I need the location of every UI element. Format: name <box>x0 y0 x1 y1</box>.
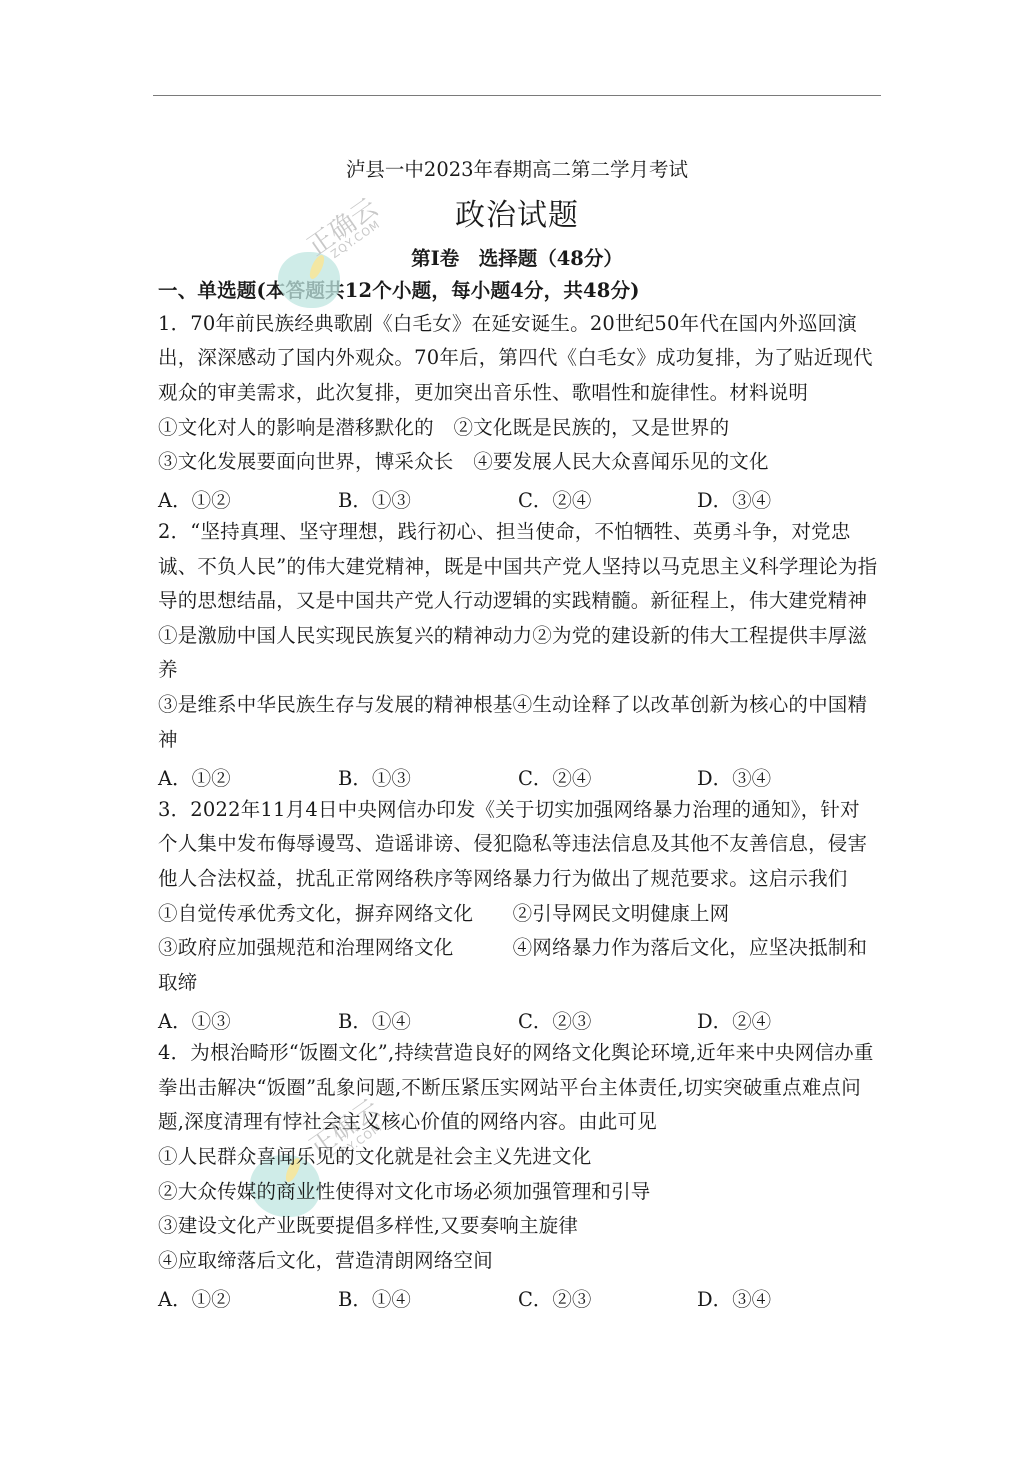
question-stem-line: 拳出击解决“饭圈”乱象问题,不断压紧压实网站平台主体责任,切实突破重点难点问 <box>158 1076 861 1100</box>
question-stem-line: 3．2022年11月4日中央网信办印发《关于切实加强网络暴力治理的通知》，针对 <box>158 798 860 822</box>
statement-line: ③政府应加强规范和治理网络文化 ④网络暴力作为落后文化，应坚决抵制和 <box>158 936 867 960</box>
question-stem-line: 观众的审美需求，此次复排，更加突出音乐性、歌唱性和旋律性。材料说明 <box>158 381 808 405</box>
question-stem-line: 4．为根治畸形“饭圈文化”,持续营造良好的网络文化舆论环境,近年来中央网信办重 <box>158 1041 874 1065</box>
answer-options: A．①② B．①③ C．②④ D．③④ <box>158 485 918 509</box>
option-a: A．①② <box>158 763 231 791</box>
answer-options: A．①③ B．①④ C．②③ D．②④ <box>158 1006 918 1030</box>
exam-name: 泸县一中2023年春期高二第二学月考试 <box>0 154 1034 182</box>
statement-line: ③文化发展要面向世界，博采众长 ④要发展人民大众喜闻乐见的文化 <box>158 450 769 474</box>
question-stem-line: 出，深深感动了国内外观众。70年后，第四代《白毛女》成功复排，为了贴近现代 <box>158 346 873 370</box>
option-c: C．②④ <box>518 763 591 791</box>
question-stem-line: 个人集中发布侮辱谩骂、造谣诽谤、侵犯隐私等违法信息及其他不友善信息，侵害 <box>158 832 867 856</box>
statement-line: ①人民群众喜闻乐见的文化就是社会主义先进文化 <box>158 1145 591 1169</box>
option-b: B．①④ <box>338 1284 411 1312</box>
statement-line: 取缔 <box>158 971 197 995</box>
question-stem-line: 诚、不负人民”的伟大建党精神，既是中国共产党人坚持以马克思主义科学理论为指 <box>158 555 877 579</box>
question-stem-line: 导的思想结晶，又是中国共产党人行动逻辑的实践精髓。新征程上，伟大建党精神 <box>158 589 867 613</box>
question-stem-line: 他人合法权益，扰乱正常网络秩序等网络暴力行为做出了规范要求。这启示我们 <box>158 867 848 891</box>
statement-line: ③是维系中华民族生存与发展的精神根基④生动诠释了以改革创新为核心的中国精 <box>158 693 867 717</box>
option-c: C．②③ <box>518 1284 591 1312</box>
question-stem-line: 题,深度清理有悖社会主义核心价值的网络内容。由此可见 <box>158 1110 657 1134</box>
answer-options: A．①② B．①③ C．②④ D．③④ <box>158 763 918 787</box>
answer-options: A．①② B．①④ C．②③ D．③④ <box>158 1284 918 1308</box>
question-stem-line: 1．70年前民族经典歌剧《白毛女》在延安诞生。20世纪50年代在国内外巡回演 <box>158 312 857 336</box>
statement-line: 神 <box>158 728 178 752</box>
option-b: B．①④ <box>338 1006 411 1034</box>
section-title: 一、单选题(本答题共12个小题，每小题4分，共48分) <box>158 279 640 303</box>
part-heading: 第Ⅰ卷 选择题（48分） <box>0 243 1034 271</box>
option-a: A．①③ <box>158 1006 231 1034</box>
option-c: C．②③ <box>518 1006 591 1034</box>
option-d: D．③④ <box>697 485 771 513</box>
statement-line: ①是激励中国人民实现民族复兴的精神动力②为党的建设新的伟大工程提供丰厚滋 <box>158 624 867 648</box>
statement-line: ②大众传媒的商业性使得对文化市场必须加强管理和引导 <box>158 1180 651 1204</box>
option-d: D．③④ <box>697 763 771 791</box>
option-d: D．②④ <box>697 1006 771 1034</box>
statement-line: ①文化对人的影响是潜移默化的 ②文化既是民族的，又是世界的 <box>158 416 729 440</box>
subject-title: 政治试题 <box>0 190 1034 234</box>
option-d: D．③④ <box>697 1284 771 1312</box>
option-a: A．①② <box>158 485 231 513</box>
option-c: C．②④ <box>518 485 591 513</box>
question-stem-line: 2．“坚持真理、坚守理想，践行初心、担当使命，不怕牺牲、英勇斗争，对党忠 <box>158 520 851 544</box>
option-a: A．①② <box>158 1284 231 1312</box>
option-b: B．①③ <box>338 763 411 791</box>
statement-line: ③建设文化产业既要提倡多样性,又要奏响主旋律 <box>158 1214 578 1238</box>
option-b: B．①③ <box>338 485 411 513</box>
statement-line: 养 <box>158 658 178 682</box>
header-rule <box>153 95 881 96</box>
statement-line: ①自觉传承优秀文化，摒弃网络文化 ②引导网民文明健康上网 <box>158 902 729 926</box>
statement-line: ④应取缔落后文化，营造清朗网络空间 <box>158 1249 493 1273</box>
